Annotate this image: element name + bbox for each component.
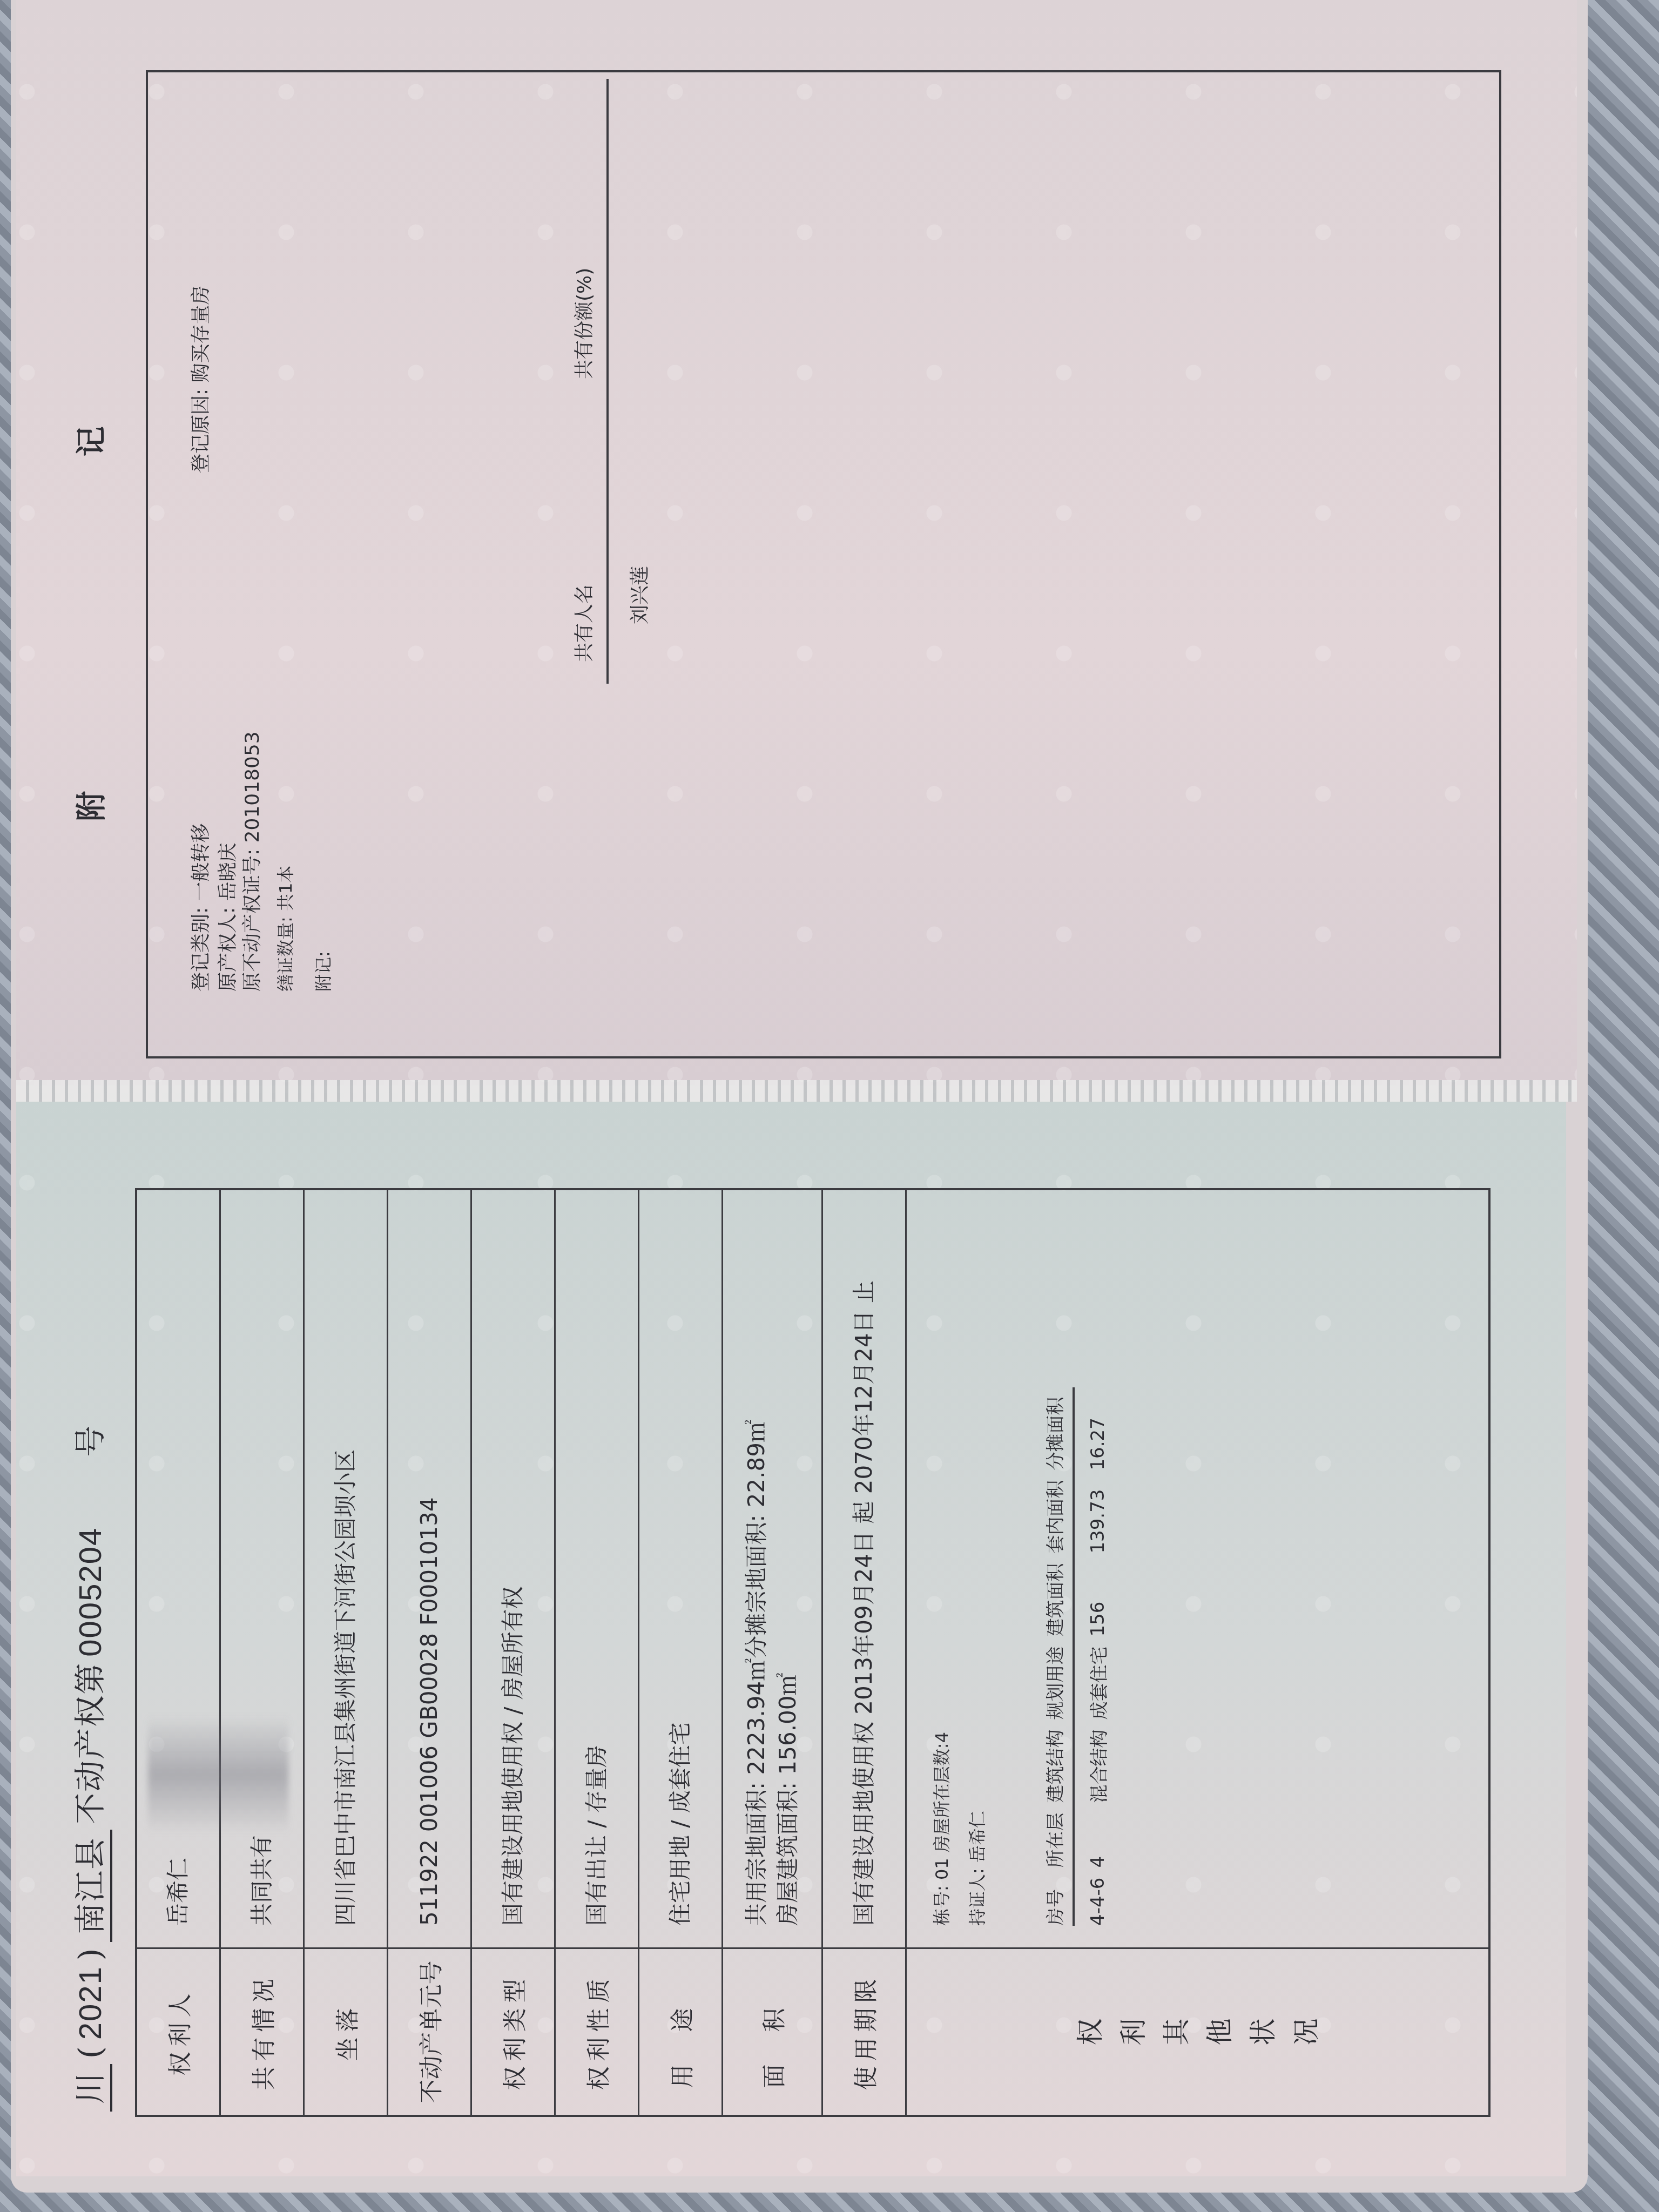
row-co-ownership: 共有情况 共同共有: [221, 1190, 305, 2115]
value-unit-number: 511922 001006 GB00028 F00010134: [414, 1497, 445, 1947]
value-area: 共用宗地面积: 2223.94㎡分摊宗地面积: 22.89㎡ 房屋建筑面积: 1…: [741, 1420, 804, 1947]
certificate-page: 川 ( 2021 ) 南江县 不动产权第 0005204 号 权利人 岳希仁 共…: [16, 1102, 1566, 2176]
value-usage: 住宅用地 / 成套住宅: [665, 1722, 696, 1947]
redaction-blur: [148, 1715, 288, 1834]
label-other-rights: 权 利 其 他 状 况: [907, 1947, 1490, 2115]
row-rights-holder: 权利人 岳希仁: [137, 1190, 221, 2115]
appendix-title: 附 记: [68, 0, 111, 1085]
value-location: 四川省巴中市南江县集州街道下河街公园坝小区: [330, 1449, 361, 1947]
label-term: 使用期限: [823, 1947, 905, 2115]
row-term: 使用期限 国有建设用地使用权 2013年09月24日 起 2070年12月24日…: [823, 1190, 907, 2115]
cert-count: 缮证数量: 共1本: [272, 866, 297, 992]
building-info: 栋号: 01 房屋所在层数:4: [928, 1387, 953, 1926]
province-abbr: 川: [65, 2064, 112, 2112]
label-co-ownership: 共有情况: [221, 1947, 303, 2115]
cert-serial: 0005204: [72, 1527, 109, 1657]
row-usage: 用途 住宅用地 / 成套住宅: [639, 1190, 723, 2115]
original-owner: 原产权人: 岳晓庆: [213, 842, 240, 992]
value-area-land: 共用宗地面积: 2223.94㎡分摊宗地面积: 22.89㎡: [741, 1420, 772, 1926]
label-rights-nature: 权利性质: [556, 1947, 638, 2115]
co-owner-table: 共有人名 共有份额(%) 刘兴莲: [569, 79, 652, 684]
registration-reason: 登记原因: 购买存量房: [186, 285, 213, 473]
co-owner-name-header: 共有人名: [569, 584, 597, 662]
appendix-page: 附 记 登记类别: 一般转移 登记原因: 购买存量房 原产权人: 岳晓庆 原不动…: [16, 0, 1577, 1085]
value-rights-holder: 岳希仁: [163, 1858, 194, 1947]
row-unit-number: 不动产单元号 511922 001006 GB00028 F00010134: [388, 1190, 472, 2115]
cert-type: 不动产权第: [65, 1662, 110, 1824]
row-other-rights: 权 利 其 他 状 况 栋号: 01 房屋所在层数:4 持证人: 岳希仁 房号 …: [907, 1190, 1490, 2115]
label-usage: 用途: [639, 1947, 721, 2115]
table-row: 4-4-6 4 混合结构 成套住宅 156 139.73 16.27: [1074, 1387, 1114, 1926]
appendix-box: 登记类别: 一般转移 登记原因: 购买存量房 原产权人: 岳晓庆 原不动产权证号…: [146, 70, 1501, 1058]
row-rights-nature: 权利性质 国有出让 / 存量房: [556, 1190, 639, 2115]
co-owner-header: 共有人名 共有份额(%): [569, 79, 609, 684]
value-term: 国有建设用地使用权 2013年09月24日 起 2070年12月24日 止: [848, 1280, 880, 1947]
notes-label: 附记:: [310, 951, 335, 992]
row-location: 坐落 四川省巴中市南江县集州街道下河街公园坝小区: [305, 1190, 388, 2115]
county-name: 南江县: [65, 1830, 112, 1942]
registration-type: 登记类别: 一般转移: [186, 823, 213, 992]
unit-detail-header: 房号 所在层 建筑结构 规划用途 建筑面积 套内面积 分摊面积: [1037, 1387, 1074, 1926]
label-unit-number: 不动产单元号: [388, 1947, 470, 2115]
label-area: 面积: [723, 1947, 821, 2115]
row-area: 面积 共用宗地面积: 2223.94㎡分摊宗地面积: 22.89㎡ 房屋建筑面积…: [723, 1190, 823, 2115]
label-location: 坐落: [305, 1947, 387, 2115]
other-rights-content: 栋号: 01 房屋所在层数:4 持证人: 岳希仁 房号 所在层 建筑结构 规划用…: [907, 1366, 1490, 1947]
label-rights-type: 权利类型: [472, 1947, 554, 2115]
row-rights-type: 权利类型 国有建设用地使用权 / 房屋所有权: [472, 1190, 556, 2115]
value-rights-nature: 国有出让 / 存量房: [581, 1745, 612, 1947]
co-owner-name: 刘兴莲: [629, 566, 651, 624]
certificate-number-header: 川 ( 2021 ) 南江县 不动产权第 0005204 号: [65, 1425, 112, 2112]
value-area-building: 房屋建筑面积: 156.00㎡: [772, 1420, 804, 1926]
value-co-ownership: 共同共有: [246, 1835, 278, 1947]
cert-suffix: 号: [65, 1425, 110, 1457]
unit-detail-table: 房号 所在层 建筑结构 规划用途 建筑面积 套内面积 分摊面积 4-4-6 4: [1037, 1387, 1114, 1926]
cert-year: 2021: [72, 1966, 109, 2040]
value-rights-type: 国有建设用地使用权 / 房屋所有权: [497, 1586, 529, 1947]
book-spine-stitching: [16, 1080, 1577, 1102]
co-owner-row: 刘兴莲: [609, 79, 652, 684]
certificate-table: 权利人 岳希仁 共有情况 共同共有 坐落 四川省巴中市南江县集州街道下河街公园坝…: [135, 1188, 1491, 2117]
holder-info: 持证人: 岳希仁: [964, 1387, 989, 1926]
co-owner-share-header: 共有份额(%): [569, 268, 597, 379]
original-cert-number: 原不动产权证号: 201018053: [237, 731, 265, 992]
label-rights-holder: 权利人: [137, 1947, 219, 2115]
